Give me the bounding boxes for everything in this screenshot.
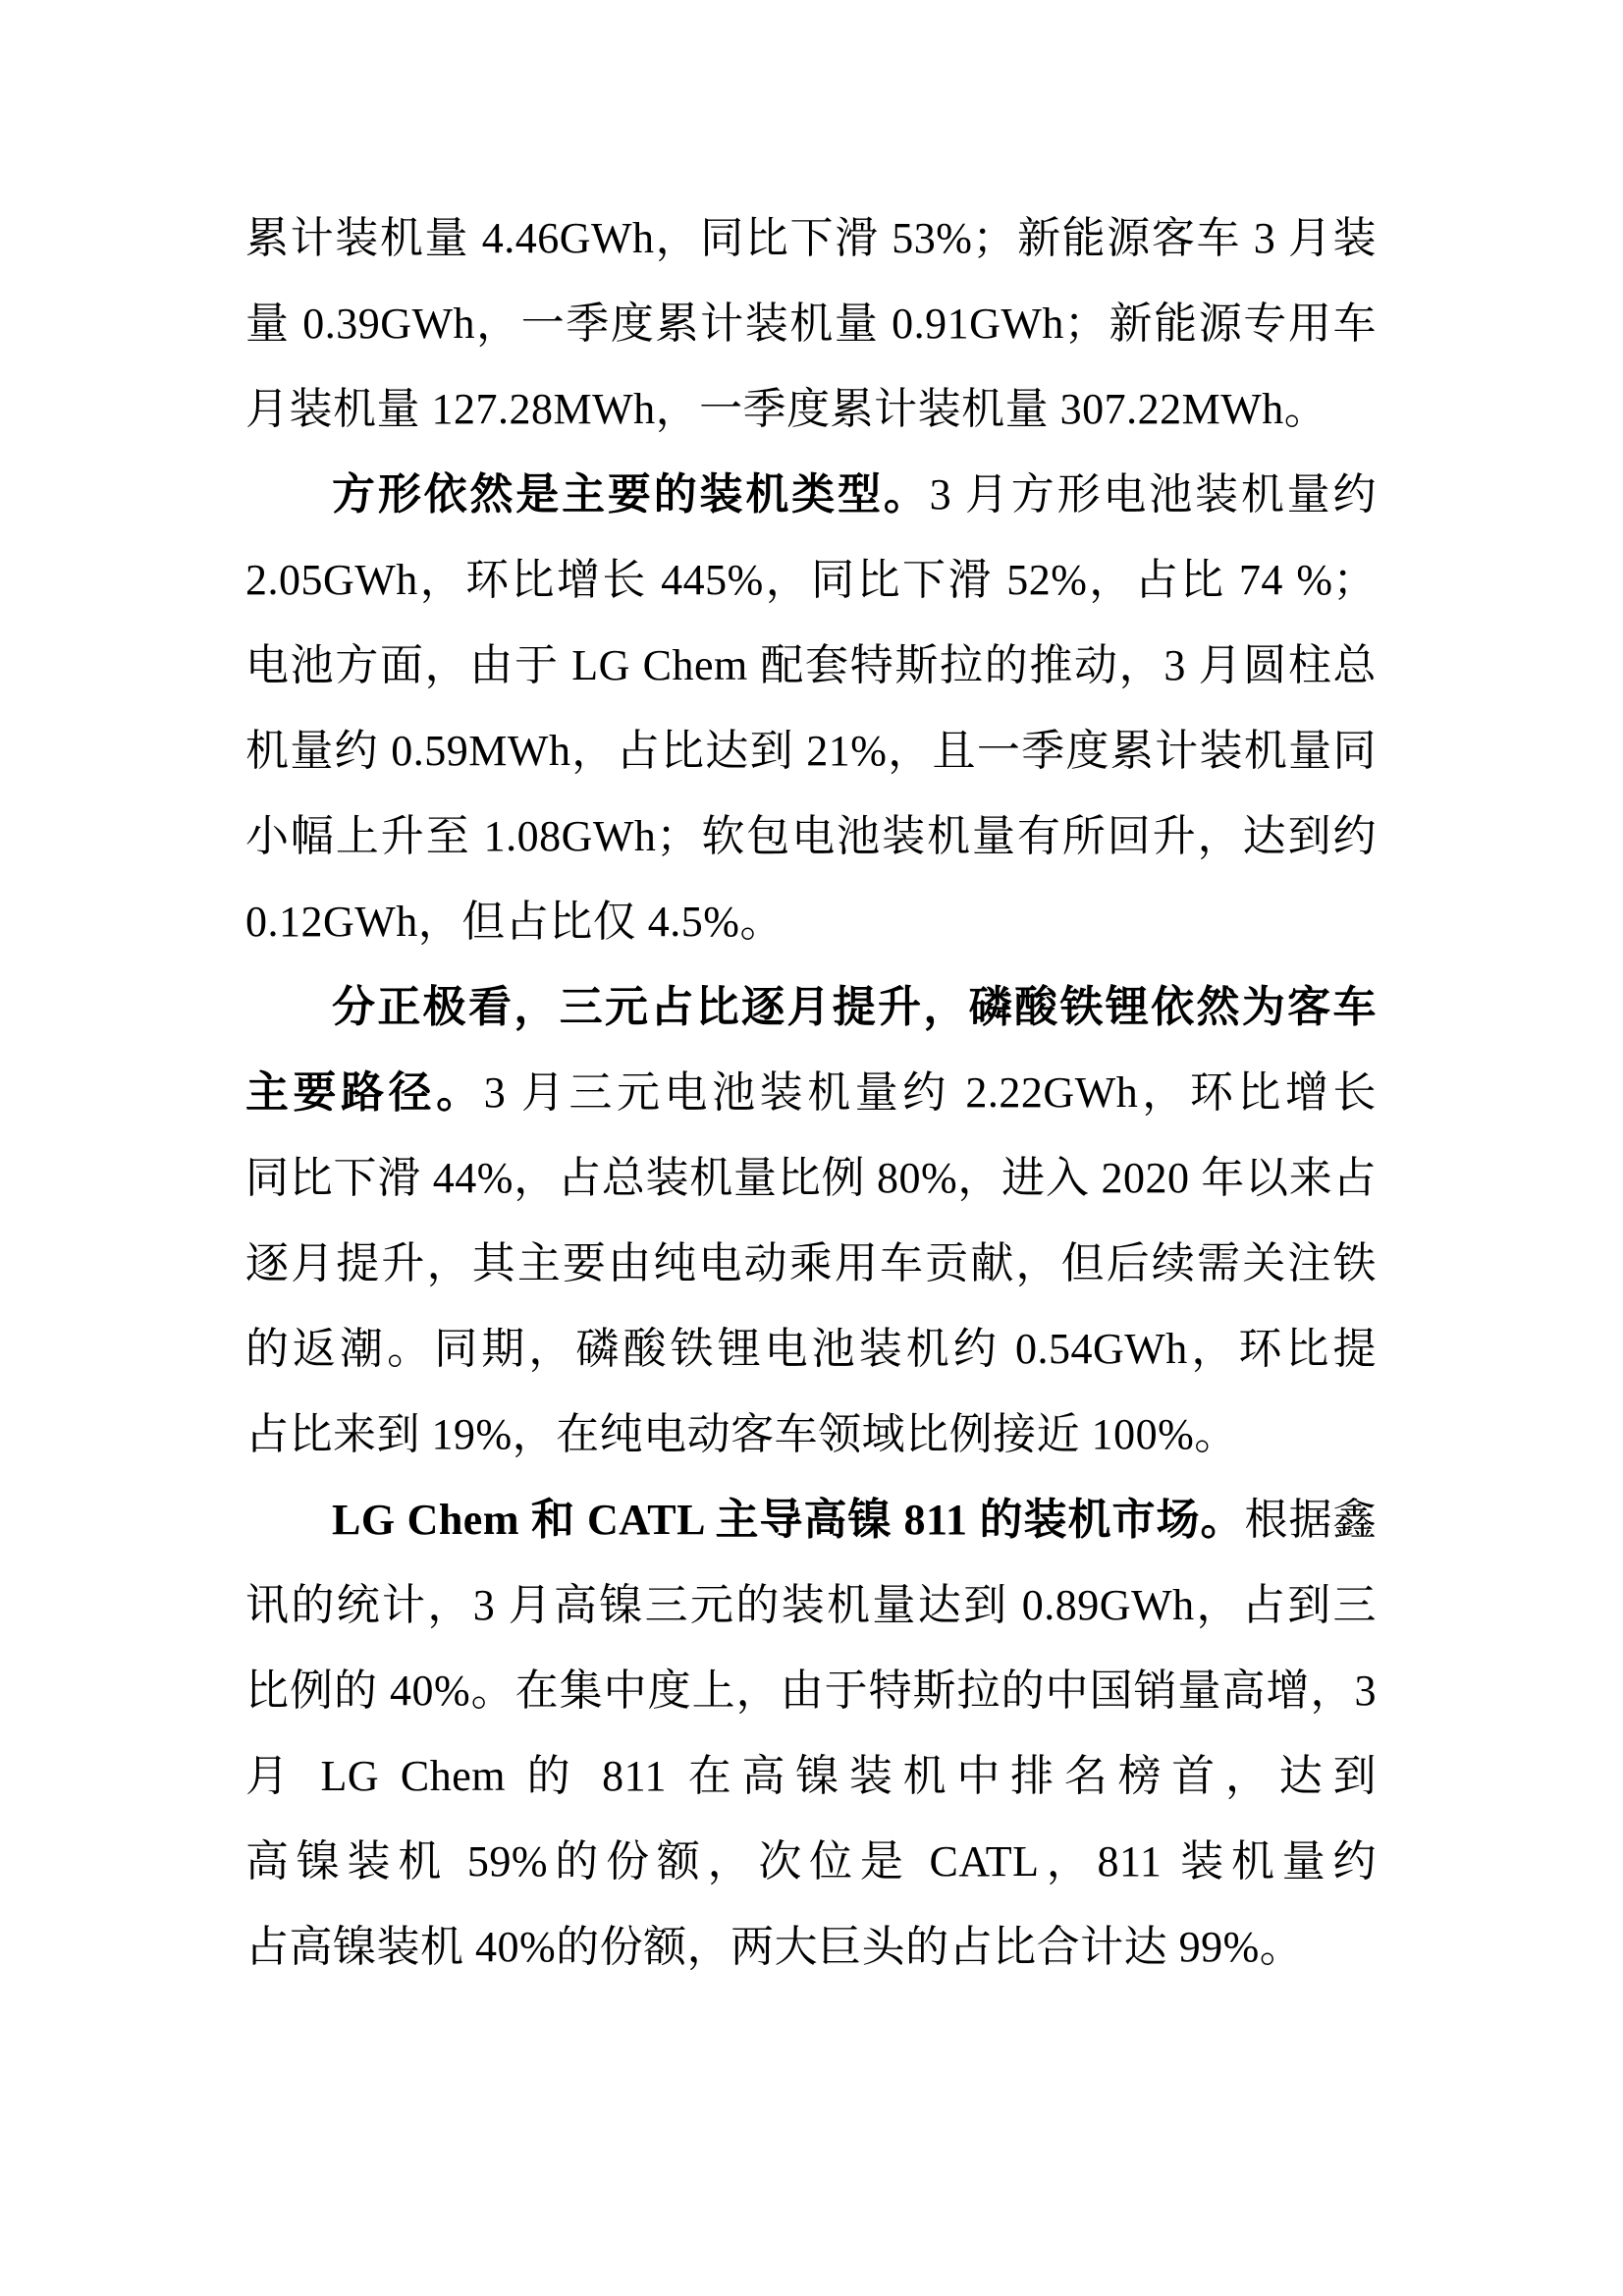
paragraph-lead-bold: 方形依然是主要的装机类型。: [332, 470, 930, 519]
text-line: 月装机量 127.28MWh，一季度累计装机量 307.22MWh。: [245, 366, 1377, 452]
document-page: 累计装机量 4.46GWh，同比下滑 53%；新能源客车 3 月装机 量 0.3…: [0, 0, 1623, 2296]
paragraph-lead-bold: LG Chem 和 CATL 主导高镍 811 的装机市场。: [332, 1496, 1245, 1544]
text-line: 月 LG Chem 的 811 在高镍装机中排名榜首，达到 526MWh，占: [245, 1733, 1377, 1819]
text-line: 方形依然是主要的装机类型。3 月方形电池装机量约: [245, 452, 1377, 537]
text-run: 讯的统计，3 月高镍三元的装机量达到 0.89GWh，占到三元: [245, 1581, 1377, 1648]
text-line: 讯的统计，3 月高镍三元的装机量达到 0.89GWh，占到三元: [245, 1562, 1377, 1648]
text-run: 0.12GWh，但占比仅 4.5%。: [245, 898, 784, 946]
text-run: 机量约 0.59MWh，占比达到 21%，且一季度累计装机量同比: [245, 727, 1377, 793]
text-run: 3 月方形电池装机量约: [930, 470, 1377, 519]
text-run: 月 LG Chem 的 811 在高镍装机中排名榜首，达到 526MWh，占: [245, 1752, 1377, 1819]
text-run: 占高镍装机 40%的份额，两大巨头的占比合计达 99%。: [245, 1923, 1303, 1971]
text-run: 月装机量 127.28MWh，一季度累计装机量 307.22MWh。: [245, 385, 1327, 433]
text-line: LG Chem 和 CATL 主导高镍 811 的装机市场。根据鑫椤资: [245, 1477, 1377, 1562]
text-line: 2.05GWh，环比增长 445%，同比下滑 52%，占比 74 %；圆柱: [245, 537, 1377, 623]
text-run: 小幅上升至 1.08GWh；软包电池装机量有所回升，达到约: [245, 812, 1377, 860]
text-line: 的返潮。同期，磷酸铁锂电池装机约 0.54GWh，环比提升，: [245, 1306, 1377, 1392]
text-line: 量 0.39GWh，一季度累计装机量 0.91GWh；新能源专用车 3: [245, 281, 1377, 366]
text-run: 累计装机量 4.46GWh，同比下滑 53%；新能源客车 3 月装机: [245, 214, 1377, 281]
text-line: 机量约 0.59MWh，占比达到 21%，且一季度累计装机量同比: [245, 708, 1377, 793]
text-line: 占高镍装机 40%的份额，两大巨头的占比合计达 99%。: [245, 1904, 1377, 1990]
report-text-block: 累计装机量 4.46GWh，同比下滑 53%；新能源客车 3 月装机 量 0.3…: [245, 195, 1377, 1990]
text-run: 2.05GWh，环比增长 445%，同比下滑 52%，占比 74 %；圆柱: [245, 556, 1377, 623]
text-line: 占比来到 19%，在纯电动客车领域比例接近 100%。: [245, 1392, 1377, 1477]
text-line: 比例的 40%。在集中度上，由于特斯拉的中国销量高增，3: [245, 1648, 1377, 1733]
text-line: 主要路径。3 月三元电池装机量约 2.22GWh，环比增长 103%，: [245, 1050, 1377, 1135]
text-line: 高镍装机 59%的份额，次位是 CATL，811 装机量约 354MWh，: [245, 1819, 1377, 1904]
text-run: 逐月提升，其主要由纯电动乘用车贡献，但后续需关注铁锂: [245, 1239, 1377, 1306]
text-line: 分正极看，三元占比逐月提升，磷酸铁锂依然为客车的: [245, 964, 1377, 1050]
text-run: 比例的 40%。在集中度上，由于特斯拉的中国销量高增，3: [245, 1667, 1377, 1715]
text-line: 电池方面，由于 LG Chem 配套特斯拉的推动，3 月圆柱总装: [245, 623, 1377, 708]
text-line: 同比下滑 44%，占总装机量比例 80%，进入 2020 年以来占比: [245, 1135, 1377, 1221]
text-run: 电池方面，由于 LG Chem 配套特斯拉的推动，3 月圆柱总装: [245, 641, 1377, 708]
text-run: 占比来到 19%，在纯电动客车领域比例接近 100%。: [245, 1410, 1238, 1458]
text-line: 小幅上升至 1.08GWh；软包电池装机量有所回升，达到约: [245, 793, 1377, 879]
text-run: 的返潮。同期，磷酸铁锂电池装机约 0.54GWh，环比提升，: [245, 1325, 1377, 1392]
text-line: 累计装机量 4.46GWh，同比下滑 53%；新能源客车 3 月装机: [245, 195, 1377, 281]
text-line: 0.12GWh，但占比仅 4.5%。: [245, 879, 1377, 964]
text-run: 高镍装机 59%的份额，次位是 CATL，811 装机量约 354MWh，: [245, 1837, 1377, 1904]
text-run: 同比下滑 44%，占总装机量比例 80%，进入 2020 年以来占比: [245, 1154, 1377, 1221]
paragraph-lead-bold: 主要路径。: [245, 1068, 484, 1117]
text-line: 逐月提升，其主要由纯电动乘用车贡献，但后续需关注铁锂: [245, 1221, 1377, 1306]
text-run: 量 0.39GWh，一季度累计装机量 0.91GWh；新能源专用车 3: [245, 300, 1377, 366]
paragraph-lead-bold: 分正极看，三元占比逐月提升，磷酸铁锂依然为客车的: [245, 983, 1377, 1050]
